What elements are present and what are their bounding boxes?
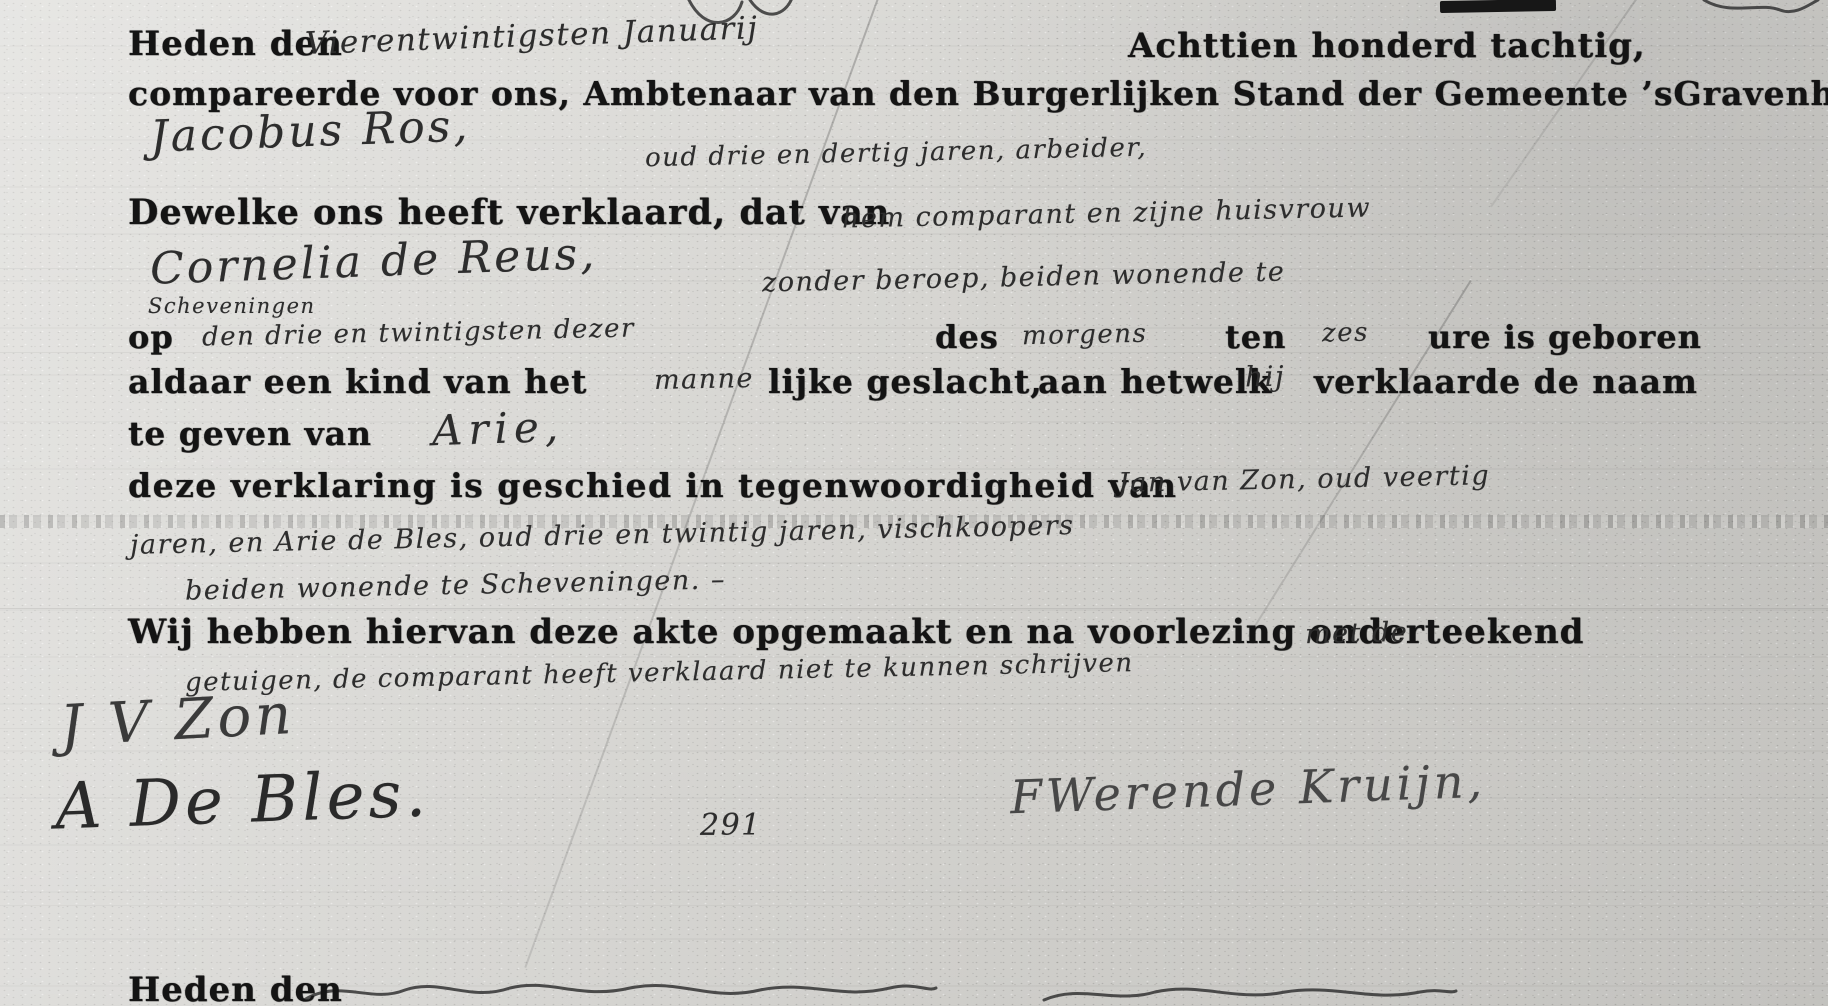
handwritten-gender: manne — [654, 363, 755, 396]
handwritten-residence: Scheveningen — [148, 294, 316, 318]
signature-witness1: J V Zon — [58, 682, 296, 759]
cutoff-handwriting-bottom — [300, 978, 940, 1006]
handwritten-hour: zes — [1322, 318, 1370, 349]
handwritten-daypart: morgens — [1022, 319, 1148, 352]
printed-year: Achttien honderd tachtig, — [1128, 26, 1646, 66]
printed-hetwelk: aan hetwelk — [1038, 362, 1272, 401]
handwritten-declarant-name: Jacobus Ros, — [149, 100, 471, 162]
cutoff-handwriting-top-right — [1700, 0, 1820, 22]
printed-next-record-heden-den: Heden den — [128, 970, 343, 1006]
handwritten-birth-day: den drie en twintigsten dezer — [202, 313, 635, 352]
birth-record-scan: Heden den Vierentwintigsten Januarij Ach… — [0, 0, 1828, 1006]
handwritten-comparant-wife: hem comparant en zijne huisvrouw — [842, 192, 1372, 234]
signature-witness2: A De Bles. — [54, 757, 431, 844]
paper-line — [0, 608, 1828, 609]
handwritten-mother-name: Cornelia de Reus, — [149, 228, 598, 295]
handwritten-witness1: Jan van Zon, oud veertig — [1118, 460, 1491, 499]
handwritten-witnesses-residence: beiden wonende te Scheveningen. – — [185, 564, 726, 606]
paper-line — [0, 905, 1828, 906]
handwritten-hij: hij — [1245, 360, 1286, 394]
printed-op: op — [128, 318, 174, 356]
printed-dewelke: Dewelke ons heeft verklaard, dat van — [128, 192, 890, 233]
ink-smudge — [1440, 0, 1556, 13]
handwritten-cannot-write: getuigen, de comparant heeft verklaard n… — [185, 648, 1134, 698]
printed-verklaring: deze verklaring is geschied in tegenwoor… — [128, 466, 1178, 505]
record-number: 291 — [700, 808, 762, 843]
handwritten-declarant-details: oud drie en dertig jaren, arbeider, — [645, 133, 1148, 174]
printed-naam: verklaarde de naam — [1314, 362, 1698, 401]
printed-ten: ten — [1225, 318, 1286, 356]
printed-des: des — [935, 318, 999, 356]
handwritten-mother-details: zonder beroep, beiden wonende te — [762, 257, 1286, 299]
handwritten-child-name: Arie, — [431, 402, 565, 456]
printed-aldaar: aldaar een kind van het — [128, 362, 587, 401]
cutoff-handwriting-bottom-right — [1040, 982, 1460, 1006]
handwritten-met-de: met de — [1305, 617, 1409, 650]
signature-registrar: FWerende Kruijn, — [1009, 754, 1487, 825]
printed-ure-is-geboren: ure is geboren — [1428, 318, 1702, 356]
handwritten-date: Vierentwintigsten Januarij — [305, 10, 760, 62]
printed-te-geven-van: te geven van — [128, 414, 372, 453]
printed-geslacht: lijke geslacht, — [768, 362, 1043, 401]
